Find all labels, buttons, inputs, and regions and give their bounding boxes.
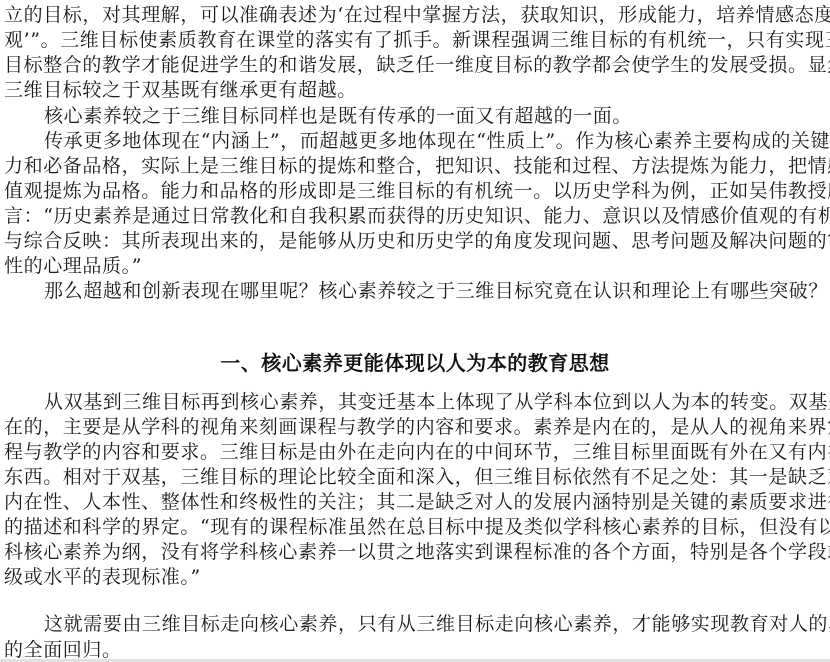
paragraph-line: 在的，主要是从学科的视角来刻画课程与教学的内容和要求。素养是内在的，是从人的视角… xyxy=(4,415,812,439)
paragraph-line: 力和必备品格，实际上是三维目标的提炼和整合，把知识、技能和过程、方法提炼为能力，… xyxy=(4,154,812,178)
paragraph-line: 观’”。三维目标使素质教育在课堂的落实有了抓手。新课程强调三维目标的有机统一，只… xyxy=(4,28,812,52)
paragraph-line: 东西。相对于双基，三维目标的理论比较全面和深入，但三维目标依然有不足之处：其一是… xyxy=(4,465,812,489)
document-page: 立的目标，对其理解，可以准确表述为‘在过程中掌握方法，获取知识，形成能力，培养情… xyxy=(0,0,830,662)
paragraph-line: 科核心素养为纲，没有将学科核心素养一以贯之地落实到课程标准的各个方面，特别是各个… xyxy=(4,540,812,564)
paragraph-line: 这就需要由三维目标走向核心素养，只有从三维目标走向核心素养，才能够实现教育对人的… xyxy=(4,612,812,636)
paragraph-line: 与综合反映：其所表现出来的，是能够从历史和历史学的角度发现问题、思考问题及解决问… xyxy=(4,229,812,253)
paragraph-line: 传承更多地体现在“内涵上”，而超越更多地体现在“性质上”。作为核心素养主要构成的… xyxy=(4,129,812,153)
paragraph-line: 程与教学的内容和要求。三维目标是由外在走向内在的中间环节，三维目标里面既有外在又… xyxy=(4,440,812,464)
paragraph-line: 目标整合的教学才能促进学生的和谐发展，缺乏任一维度目标的教学都会使学生的发展受损… xyxy=(4,53,812,77)
paragraph-line: 三维目标较之于双基既有继承更有超越。 xyxy=(4,78,812,102)
paragraph-line: 核心素养较之于三维目标同样也是既有传承的一面又有超越的一面。 xyxy=(4,104,812,128)
paragraph-line: 内在性、人本性、整体性和终极性的关注；其二是缺乏对人的发展内涵特别是关键的素质要… xyxy=(4,490,812,514)
paragraph-line: 的描述和科学的界定。“现有的课程标准虽然在总目标中提及类似学科核心素养的目标，但… xyxy=(4,515,812,539)
paragraph-line: 言：“历史素养是通过日常教化和自我积累而获得的历史知识、能力、意识以及情感价值观… xyxy=(4,204,812,228)
paragraph-line: 性的心理品质。” xyxy=(4,254,812,278)
paragraph-line: 立的目标，对其理解，可以准确表述为‘在过程中掌握方法，获取知识，形成能力，培养情… xyxy=(4,3,812,27)
section-heading: 一、核心素养更能体现以人为本的教育思想 xyxy=(0,350,830,376)
paragraph-line: 从双基到三维目标再到核心素养，其变迁基本上体现了从学科本位到以人为本的转变。双基… xyxy=(4,390,812,414)
paragraph-line: 那么超越和创新表现在哪里呢？核心素养较之于三维目标究竟在认识和理论上有哪些突破？ xyxy=(4,279,812,303)
paragraph-line: 级或水平的表现标准。” xyxy=(4,565,812,589)
paragraph-line: 值观提炼为品格。能力和品格的形成即是三维目标的有机统一。以历史学科为例，正如吴伟… xyxy=(4,179,812,203)
